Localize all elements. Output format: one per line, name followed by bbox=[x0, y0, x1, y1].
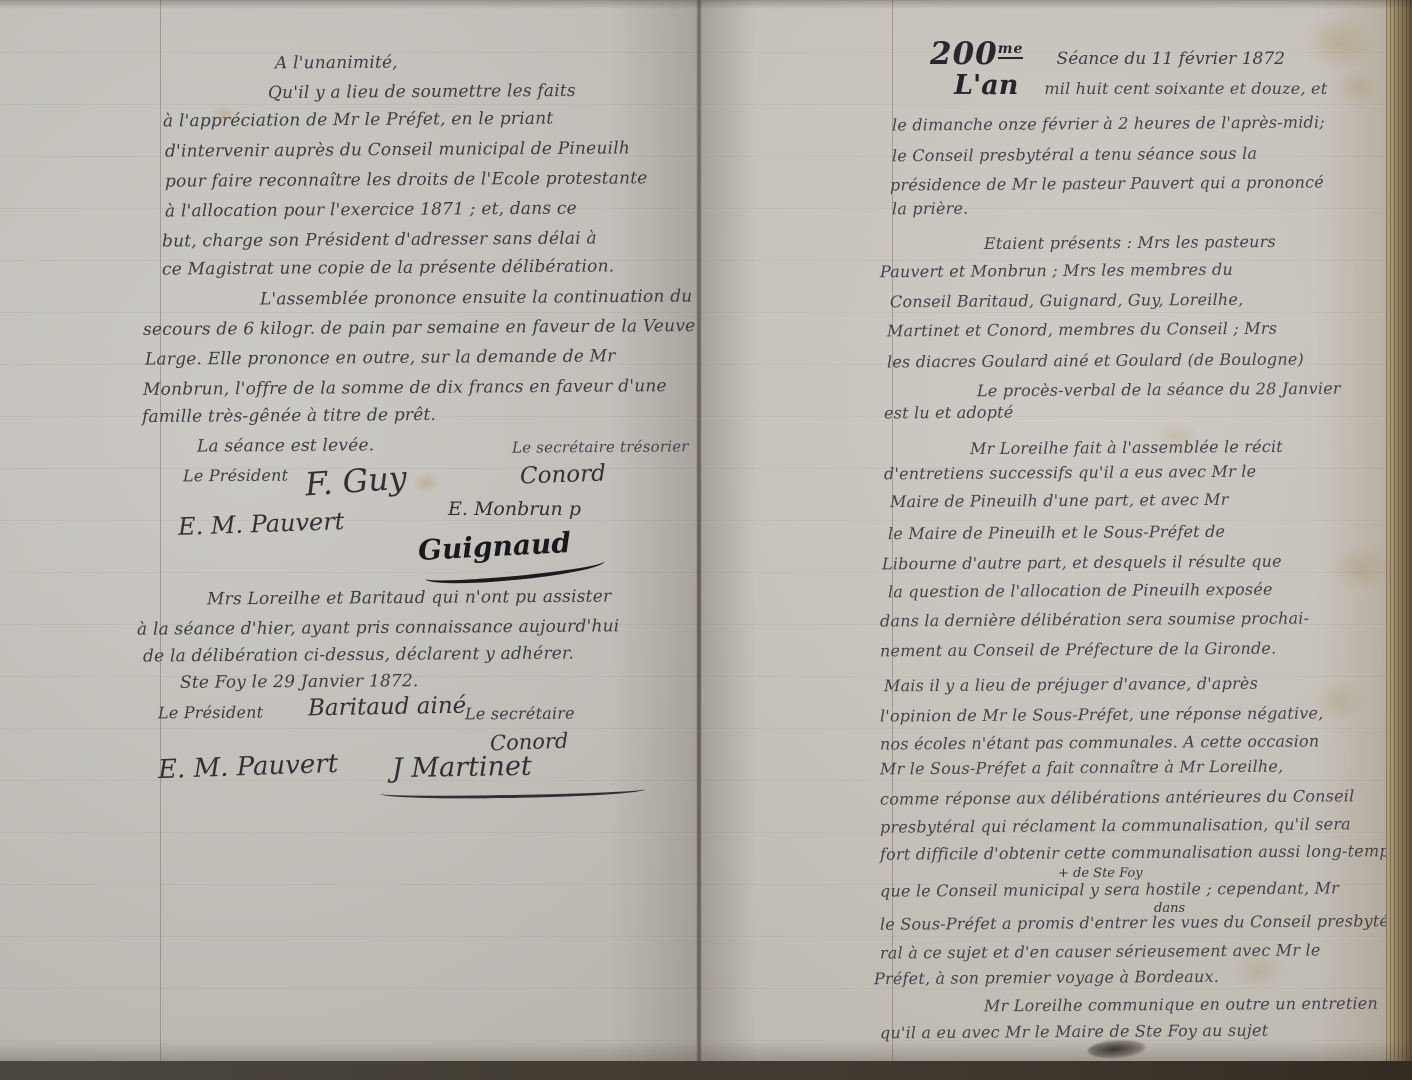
page-fold-line bbox=[697, 0, 701, 1080]
interlinear-insertion-ste-foy: + de Ste Foy bbox=[1058, 866, 1143, 881]
book-page-edges bbox=[1386, 0, 1412, 1080]
manuscript-line: d'intervenir auprès du Conseil municipal… bbox=[165, 138, 630, 161]
session-heading: 200me Séance du 11 février 1872 bbox=[930, 36, 1285, 72]
session-title: Séance du 11 février 1872 bbox=[1057, 49, 1285, 69]
manuscript-line: à l'appréciation de Mr le Préfet, en le … bbox=[163, 109, 554, 132]
manuscript-line: d'entretiens successifs qu'il a eus avec… bbox=[884, 462, 1256, 484]
right-page: 200me Séance du 11 février 1872 L'anmil … bbox=[702, 0, 1386, 1080]
left-page-margin-rule bbox=[160, 0, 161, 1062]
manuscript-line: ral à ce sujet et d'en causer sérieuseme… bbox=[880, 940, 1321, 962]
manuscript-line: Le procès-verbal de la séance du 28 Janv… bbox=[977, 379, 1341, 401]
manuscript-line: est lu et adopté bbox=[884, 403, 1014, 423]
manuscript-line: A l'unanimité, bbox=[275, 53, 398, 74]
manuscript-line: Large. Elle prononce en outre, sur la de… bbox=[145, 346, 616, 369]
president-label: Le Président bbox=[183, 466, 288, 486]
manuscript-line: que le Conseil municipal y sera hostile … bbox=[880, 878, 1339, 900]
manuscript-line: dans la dernière délibération sera soumi… bbox=[880, 609, 1309, 631]
secretary-treasurer-label: Le secrétaire trésorier bbox=[512, 437, 689, 456]
manuscript-line: nos écoles n'étant pas communales. A cet… bbox=[880, 731, 1319, 753]
manuscript-line: les diacres Goulard ainé et Goulard (de … bbox=[887, 350, 1304, 372]
closing-line: La séance est levée. bbox=[197, 435, 374, 456]
manuscript-line: Pauvert et Monbrun ; Mrs les membres du bbox=[880, 260, 1233, 281]
manuscript-line: Monbrun, l'offre de la somme de dix fran… bbox=[143, 376, 667, 400]
manuscript-line: à l'allocation pour l'exercice 1871 ; et… bbox=[165, 199, 577, 222]
manuscript-line: comme réponse aux délibérations antérieu… bbox=[880, 786, 1354, 808]
manuscript-line: Préfet, à son premier voyage à Bordeaux. bbox=[874, 967, 1219, 988]
manuscript-line: Libourne d'autre part, et desquels il ré… bbox=[882, 552, 1282, 574]
manuscript-line: Conseil Baritaud, Guignard, Guy, Loreilh… bbox=[890, 290, 1243, 311]
manuscript-line: de la délibération ci-dessus, déclarent … bbox=[143, 643, 574, 666]
manuscript-line: Mr Loreilhe communique en outre un entre… bbox=[984, 994, 1378, 1016]
top-edge-shadow bbox=[0, 0, 1412, 9]
manuscript-line: presbytéral qui réclament la communalisa… bbox=[880, 814, 1351, 836]
manuscript-line: Mr le Sous-Préfet a fait connaître à Mr … bbox=[880, 757, 1283, 779]
manuscript-line: le Sous-Préfet a promis d'entrer les vue… bbox=[880, 911, 1395, 934]
manuscript-line: la question de l'allocation de Pineuilh … bbox=[888, 580, 1273, 602]
manuscript-line: fort difficile d'obtenir cette communali… bbox=[880, 841, 1398, 864]
opening-rest: mil huit cent soixante et douze, et bbox=[1044, 79, 1327, 98]
opening-word: L'an bbox=[954, 70, 1018, 101]
bottom-soft-shadow bbox=[0, 1040, 1412, 1062]
manuscript-line: Mr Loreilhe fait à l'assemblée le récit bbox=[970, 437, 1283, 458]
signature-pauvert: E. M. Pauvert bbox=[158, 749, 339, 785]
date-line: Ste Foy le 29 Janvier 1872. bbox=[180, 671, 419, 693]
session-number: 200me bbox=[930, 36, 1023, 72]
manuscript-line: famille très-gênée à titre de prêt. bbox=[142, 405, 436, 427]
manuscript-line: Etaient présents : Mrs les pasteurs bbox=[984, 232, 1276, 253]
signature-conord: Conord bbox=[520, 461, 607, 490]
manuscript-line: la prière. bbox=[892, 199, 969, 219]
manuscript-line: le dimanche onze février à 2 heures de l… bbox=[892, 112, 1325, 134]
signature-martinet: J Martinet bbox=[392, 751, 532, 784]
secretary-label: Le secrétaire bbox=[465, 704, 575, 724]
manuscript-line: ce Magistrat une copie de la présente dé… bbox=[162, 256, 614, 279]
manuscript-line: à la séance d'hier, ayant pris connaissa… bbox=[137, 616, 620, 639]
manuscript-line: le Maire de Pineuilh et le Sous-Préfet d… bbox=[888, 522, 1225, 543]
signature-pauvert: E. M. Pauvert bbox=[178, 507, 345, 541]
president-label: Le Président bbox=[158, 703, 263, 723]
manuscript-line: Mais il y a lieu de préjuger d'avance, d… bbox=[884, 674, 1258, 696]
manuscript-line: Qu'il y a lieu de soumettre les faits bbox=[268, 81, 576, 103]
manuscript-line: nement au Conseil de Préfecture de la Gi… bbox=[880, 639, 1276, 661]
manuscript-line: Maire de Pineuilh d'une part, et avec Mr bbox=[890, 490, 1229, 511]
left-page: A l'unanimité, Qu'il y a lieu de soumett… bbox=[0, 0, 702, 1080]
signature-martinet-flourish bbox=[380, 783, 645, 801]
book-spread: A l'unanimité, Qu'il y a lieu de soumett… bbox=[0, 0, 1412, 1080]
bottom-edge bbox=[0, 1061, 1412, 1080]
manuscript-line: présidence de Mr le pasteur Pauvert qui … bbox=[890, 172, 1324, 194]
signature-baritaud: Baritaud ainé bbox=[308, 693, 467, 722]
manuscript-line: Martinet et Conord, membres du Conseil ;… bbox=[887, 319, 1277, 341]
manuscript-line: but, charge son Président d'adresser san… bbox=[162, 228, 597, 251]
manuscript-line: Mrs Loreilhe et Baritaud qui n'ont pu as… bbox=[207, 587, 611, 610]
manuscript-line: secours de 6 kilogr. de pain par semaine… bbox=[143, 316, 695, 340]
manuscript-line: l'opinion de Mr le Sous-Préfet, une répo… bbox=[880, 703, 1324, 725]
manuscript-line: L'assemblée prononce ensuite la continua… bbox=[260, 286, 693, 309]
manuscript-line: pour faire reconnaître les droits de l'E… bbox=[165, 168, 648, 191]
opening-line: L'anmil huit cent soixante et douze, et bbox=[954, 70, 1327, 101]
manuscript-line: le Conseil presbytéral a tenu séance sou… bbox=[892, 144, 1257, 166]
session-number-suffix: me bbox=[998, 41, 1024, 59]
signature-guy: F. Guy bbox=[304, 458, 408, 503]
signature-monbrun: E. Monbrun p bbox=[448, 498, 581, 520]
